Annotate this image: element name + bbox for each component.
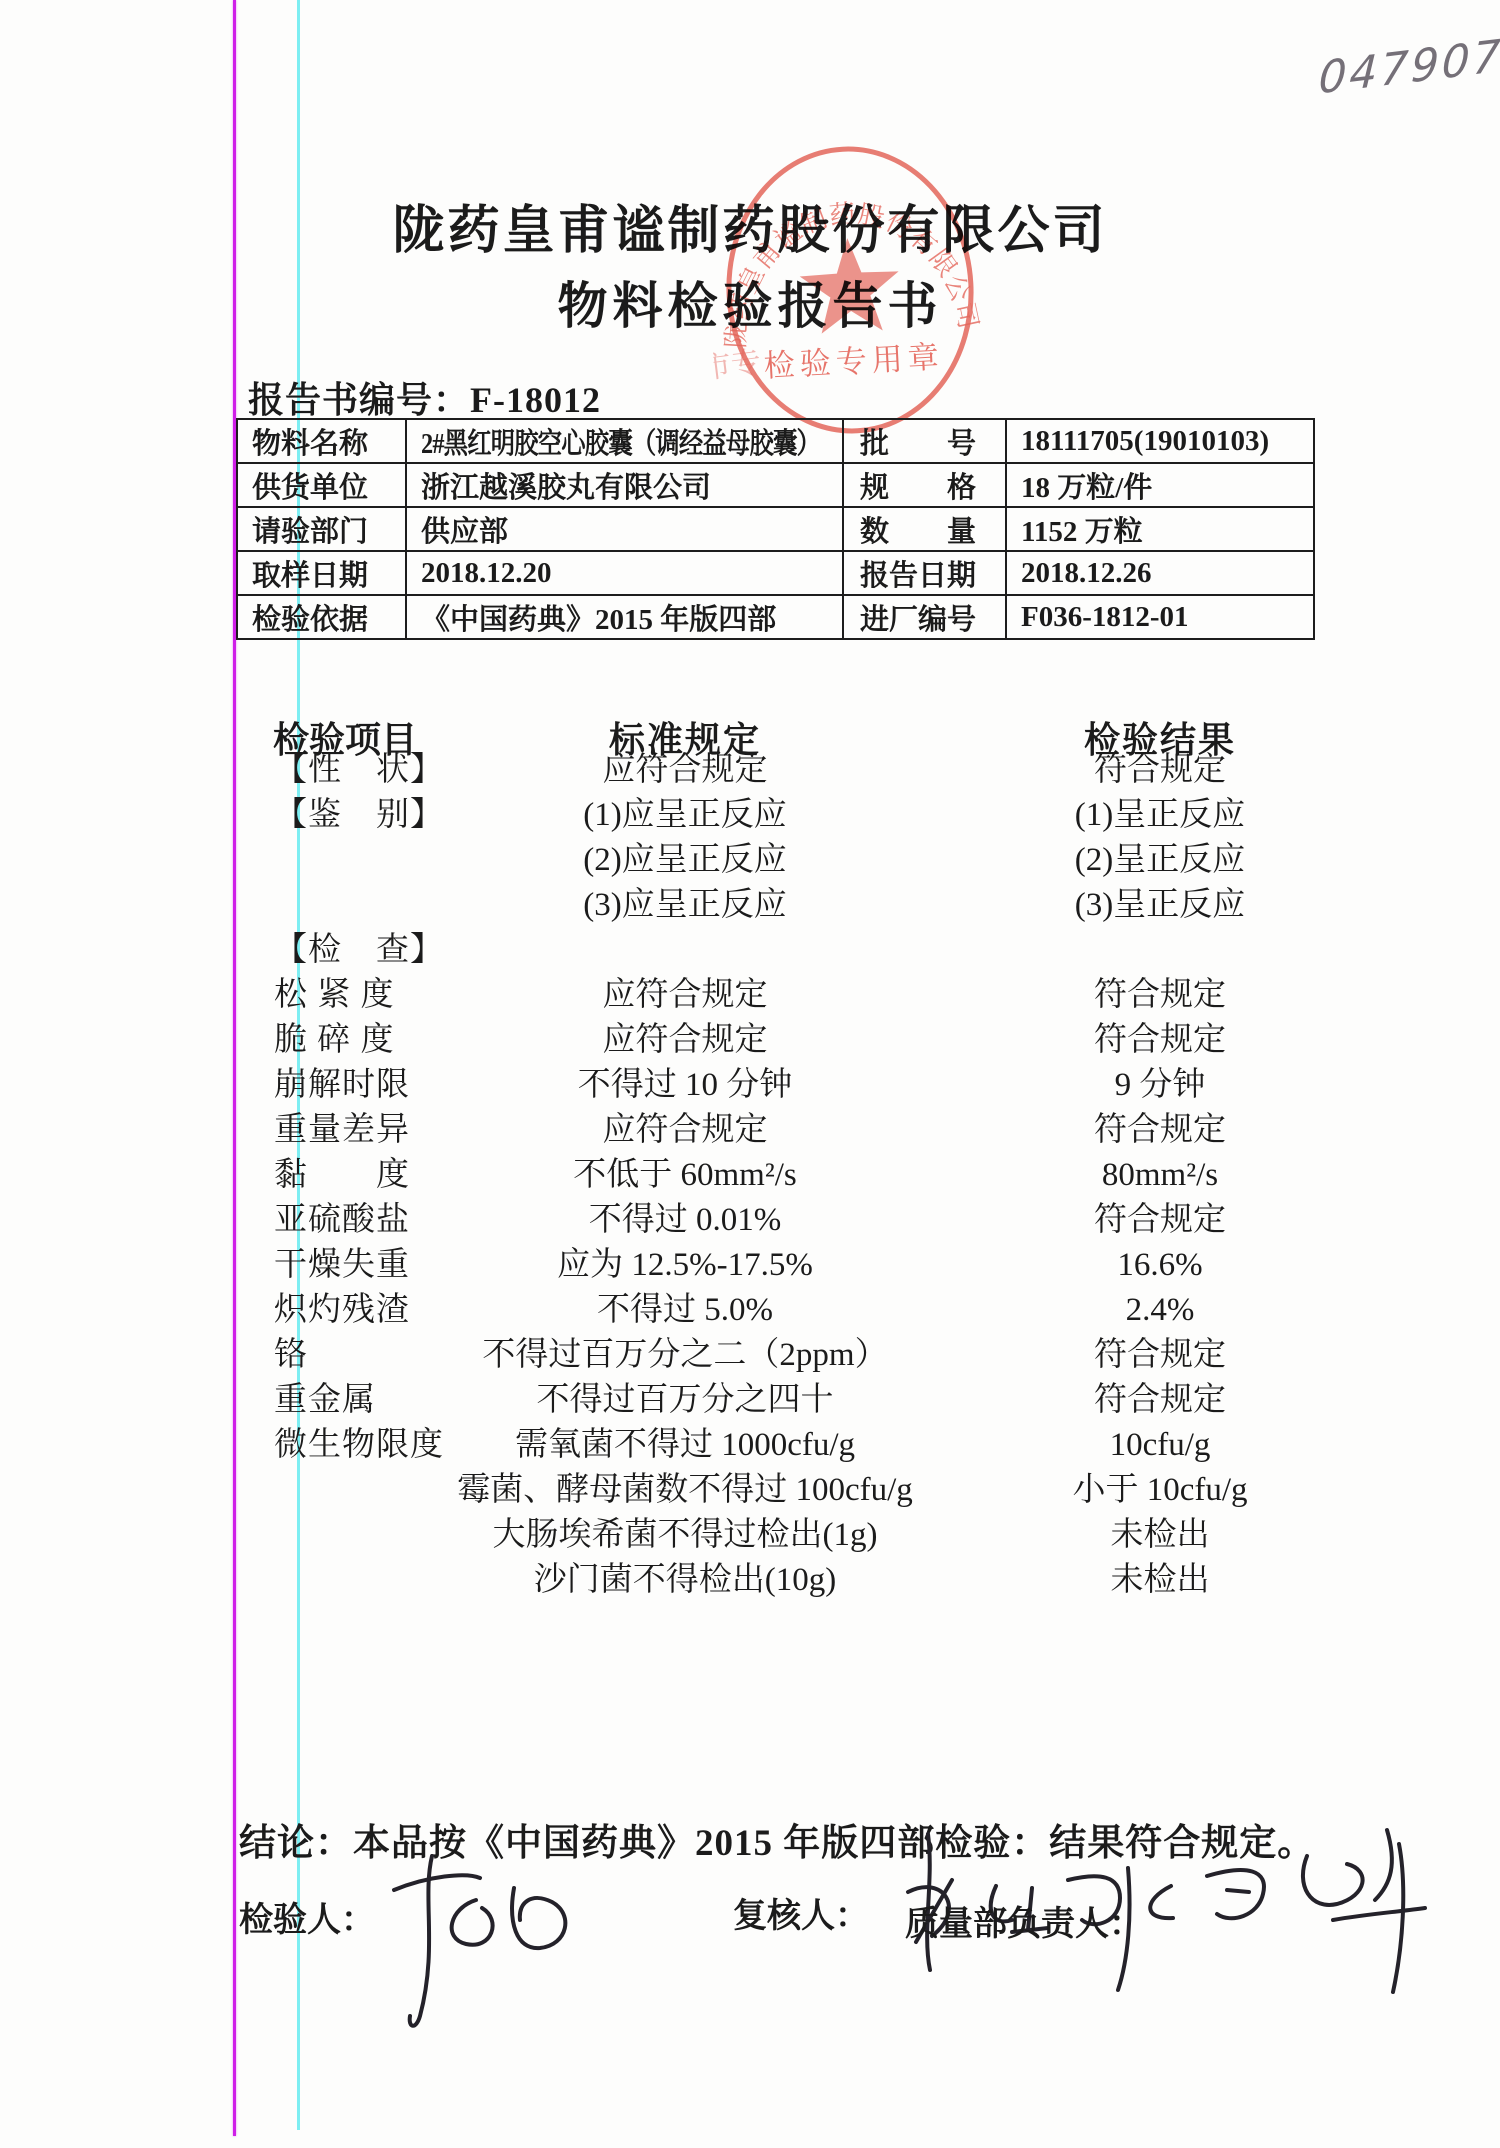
value-test-basis: 《中国药典》2015 年版四部	[406, 595, 843, 639]
value-sampling-date: 2018.12.20	[406, 551, 843, 595]
item-viscosity: 黏 度	[250, 1153, 440, 1198]
item-loss-on-drying: 干燥失重	[250, 1243, 440, 1288]
item-blank	[250, 883, 440, 928]
standard-identification-3: (3)应呈正反应	[440, 883, 930, 928]
result-tightness: 符合规定	[930, 973, 1390, 1018]
result-brittleness: 符合规定	[930, 1018, 1390, 1063]
result-salmonella: 未检出	[930, 1558, 1390, 1603]
standard-salmonella: 沙门菌不得检出(10g)	[440, 1558, 930, 1603]
result-identification-1: (1)呈正反应	[930, 793, 1390, 838]
result-identification-2: (2)呈正反应	[930, 838, 1390, 883]
table-row: 供货单位 浙江越溪胶丸有限公司 规 格 18 万粒/件	[237, 463, 1314, 507]
stamp-star-icon	[798, 235, 902, 334]
standard-ignition-residue: 不得过 5.0%	[440, 1288, 930, 1333]
label-material-name: 物料名称	[237, 419, 406, 463]
item-heavy-metals: 重金属	[250, 1378, 440, 1423]
item-appearance: 【性 状】	[250, 748, 440, 793]
result-blank	[930, 928, 1390, 973]
results-grid: 【性 状】 应符合规定 符合规定 【鉴 别】 (1)应呈正反应 (1)呈正反应 …	[250, 748, 1390, 1603]
item-blank	[250, 1513, 440, 1558]
label-test-basis: 检验依据	[237, 595, 406, 639]
item-ignition-residue: 炽灼残渣	[250, 1288, 440, 1333]
item-blank	[250, 838, 440, 883]
value-material-name-text: 2#黑红明胶空心胶囊（调经益母胶囊）	[421, 421, 820, 462]
reviewer-label: 复核人：	[733, 1888, 869, 1937]
value-material-name: 2#黑红明胶空心胶囊（调经益母胶囊）	[406, 419, 843, 463]
item-identification: 【鉴 别】	[250, 793, 440, 838]
value-entry-no: F036-1812-01	[1006, 595, 1314, 639]
standard-aerobic-count: 需氧菌不得过 1000cfu/g	[440, 1423, 930, 1468]
qa-manager-signature	[1135, 1822, 1455, 2012]
standard-appearance: 应符合规定	[440, 748, 930, 793]
item-microbial-limit: 微生物限度	[250, 1423, 440, 1468]
item-tightness: 松 紧 度	[250, 973, 440, 1018]
value-spec: 18 万粒/件	[1006, 463, 1314, 507]
result-mold-yeast: 小于 10cfu/g	[930, 1468, 1390, 1513]
standard-sulfite: 不得过 0.01%	[440, 1198, 930, 1243]
table-row: 取样日期 2018.12.20 报告日期 2018.12.26	[237, 551, 1314, 595]
value-batch-no: 18111705(19010103)	[1006, 419, 1314, 463]
item-brittleness: 脆 碎 度	[250, 1018, 440, 1063]
label-spec: 规 格	[843, 463, 1006, 507]
scanned-report-page: 0479079 陇药皇甫谧制药股份有限公司 物料检验报告书 报告书编号：F-18…	[0, 0, 1500, 2148]
red-inspection-stamp: 陇药皇甫谧制药股份有限公司 检验专用章 市专	[702, 133, 997, 447]
standard-mold-yeast: 霉菌、酵母菌数不得过 100cfu/g	[440, 1468, 930, 1513]
stamp-side-smudge: 市专	[702, 346, 763, 386]
standard-chromium: 不得过百万分之二（2ppm）	[440, 1333, 930, 1378]
value-requesting-dept: 供应部	[406, 507, 843, 551]
label-batch-no: 批 号	[843, 419, 1006, 463]
label-quantity: 数 量	[843, 507, 1006, 551]
report-number: 报告书编号：F-18012	[248, 372, 601, 423]
table-row: 检验依据 《中国药典》2015 年版四部 进厂编号 F036-1812-01	[237, 595, 1314, 639]
item-blank	[250, 1468, 440, 1513]
label-requesting-dept: 请验部门	[237, 507, 406, 551]
standard-brittleness: 应符合规定	[440, 1018, 930, 1063]
item-chromium: 铬	[250, 1333, 440, 1378]
result-aerobic-count: 10cfu/g	[930, 1423, 1390, 1468]
result-appearance: 符合规定	[930, 748, 1390, 793]
stamp-bottom-text: 检验专用章	[763, 339, 945, 383]
result-heavy-metals: 符合规定	[930, 1378, 1390, 1423]
value-report-date: 2018.12.26	[1006, 551, 1314, 595]
result-ecoli: 未检出	[930, 1513, 1390, 1558]
result-weight-variation: 符合规定	[930, 1108, 1390, 1153]
table-row: 物料名称 2#黑红明胶空心胶囊（调经益母胶囊） 批 号 18111705(190…	[237, 419, 1314, 463]
result-disintegration: 9 分钟	[930, 1063, 1390, 1108]
standard-tightness: 应符合规定	[440, 973, 930, 1018]
standard-loss-on-drying: 应为 12.5%-17.5%	[440, 1243, 930, 1288]
standard-viscosity: 不低于 60mm²/s	[440, 1153, 930, 1198]
item-disintegration: 崩解时限	[250, 1063, 440, 1108]
label-report-date: 报告日期	[843, 551, 1006, 595]
item-sulfite: 亚硫酸盐	[250, 1198, 440, 1243]
standard-identification-2: (2)应呈正反应	[440, 838, 930, 883]
label-supplier: 供货单位	[237, 463, 406, 507]
inspector-label: 检验人：	[239, 1892, 375, 1941]
value-quantity: 1152 万粒	[1006, 507, 1314, 551]
result-identification-3: (3)呈正反应	[930, 883, 1390, 928]
result-loss-on-drying: 16.6%	[930, 1243, 1390, 1288]
table-row: 请验部门 供应部 数 量 1152 万粒	[237, 507, 1314, 551]
standard-heavy-metals: 不得过百万分之四十	[440, 1378, 930, 1423]
inspector-signature	[380, 1838, 620, 2038]
standard-identification-1: (1)应呈正反应	[440, 793, 930, 838]
material-info-table: 物料名称 2#黑红明胶空心胶囊（调经益母胶囊） 批 号 18111705(190…	[236, 418, 1315, 640]
label-sampling-date: 取样日期	[237, 551, 406, 595]
label-entry-no: 进厂编号	[843, 595, 1006, 639]
item-weight-variation: 重量差异	[250, 1108, 440, 1153]
item-blank	[250, 1558, 440, 1603]
standard-blank	[440, 928, 930, 973]
handwritten-serial-number: 0479079	[1317, 26, 1500, 104]
result-ignition-residue: 2.4%	[930, 1288, 1390, 1333]
item-inspection-section: 【检 查】	[250, 928, 440, 973]
result-chromium: 符合规定	[930, 1333, 1390, 1378]
standard-ecoli: 大肠埃希菌不得过检出(1g)	[440, 1513, 930, 1558]
standard-weight-variation: 应符合规定	[440, 1108, 930, 1153]
qa-manager-label: 质量部负责人：	[905, 1896, 1143, 1945]
result-viscosity: 80mm²/s	[930, 1153, 1390, 1198]
result-sulfite: 符合规定	[930, 1198, 1390, 1243]
value-supplier: 浙江越溪胶丸有限公司	[406, 463, 843, 507]
standard-disintegration: 不得过 10 分钟	[440, 1063, 930, 1108]
